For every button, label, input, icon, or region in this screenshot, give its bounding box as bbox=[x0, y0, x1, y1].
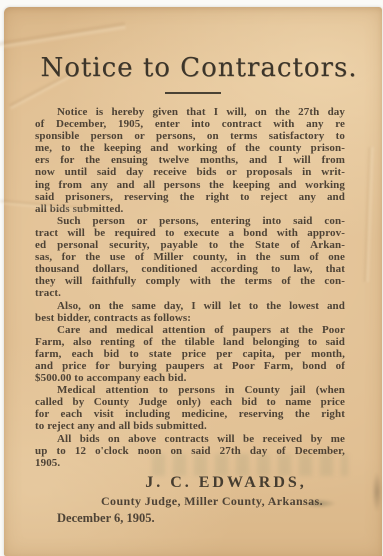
title-divider bbox=[165, 92, 221, 94]
text-line: ed personal security, payable to the Sta… bbox=[35, 239, 345, 251]
text-line: best bidder, contracts as follows: bbox=[35, 312, 345, 324]
text-line: sponsible person or persons, on terms sa… bbox=[35, 130, 345, 142]
paragraph: Such person or persons, entering into sa… bbox=[35, 215, 345, 300]
paragraph: All bids on above contracts will be rece… bbox=[35, 433, 345, 469]
text-line: Farm, also renting of the tilable land b… bbox=[35, 336, 345, 348]
text-line: Also, on the same day, I will let to the… bbox=[35, 300, 345, 312]
text-line: tract. bbox=[35, 287, 345, 299]
text-line: sas, for the use of Miller county, in th… bbox=[35, 251, 345, 263]
text-line: they will faithfully comply with the ter… bbox=[35, 275, 345, 287]
text-line: Medical attention to persons in County j… bbox=[35, 384, 345, 396]
paragraph: Notice is hereby given that I will, on t… bbox=[35, 106, 345, 215]
text-line: all bids submitted. bbox=[35, 203, 345, 215]
paragraph: Medical attention to persons in County j… bbox=[35, 384, 345, 432]
signature-name: J. C. EDWARDS, bbox=[71, 474, 381, 492]
text-line: Notice is hereby given that I will, on t… bbox=[35, 106, 345, 118]
signature-date: December 6, 1905. bbox=[35, 511, 345, 526]
text-line: 1905. bbox=[35, 457, 345, 469]
text-line: up to 12 o'clock noon on said 27th day o… bbox=[35, 445, 345, 457]
text-line: farm, each bid to state price per capita… bbox=[35, 348, 345, 360]
text-line: me, to the keeping and working of the co… bbox=[35, 142, 345, 154]
text-line: Such person or persons, entering into sa… bbox=[35, 215, 345, 227]
text-line: All bids on above contracts will be rece… bbox=[35, 433, 345, 445]
text-line: called by County Judge only) each bid to… bbox=[35, 396, 345, 408]
signature-title: County Judge, Miller County, Arkansas. bbox=[57, 494, 367, 509]
text-line: thousand dollars, conditioned according … bbox=[35, 263, 345, 275]
text-line: Care and medical attention of paupers at… bbox=[35, 324, 345, 336]
text-line: and price for burying paupers at Poor Fa… bbox=[35, 360, 345, 372]
paragraph: Also, on the same day, I will let to the… bbox=[35, 300, 345, 324]
text-line: ing from any and all persons the keeping… bbox=[35, 179, 345, 191]
text-line: $500.00 to accompany each bid. bbox=[35, 372, 345, 384]
document-body: Notice is hereby given that I will, on t… bbox=[35, 106, 345, 469]
text-line: tract will be required to execute a bond… bbox=[35, 227, 345, 239]
text-line: for each visit including medicine, reser… bbox=[35, 408, 345, 420]
paper-crease bbox=[363, 147, 375, 282]
text-line: of December, 1905, enter into contract w… bbox=[35, 118, 345, 130]
text-line: said prisoners, reserving the right to r… bbox=[35, 191, 345, 203]
text-line: now until said day receive bids or propo… bbox=[35, 166, 345, 178]
text-line: ers for the ensuing twelve months, and I… bbox=[35, 154, 345, 166]
paragraph: Care and medical attention of paupers at… bbox=[35, 324, 345, 384]
document-title: Notice to Contractors. bbox=[10, 7, 383, 83]
text-line: to reject any and all bids submitted. bbox=[35, 420, 345, 432]
notice-document: Notice to Contractors. Notice is hereby … bbox=[4, 7, 382, 556]
